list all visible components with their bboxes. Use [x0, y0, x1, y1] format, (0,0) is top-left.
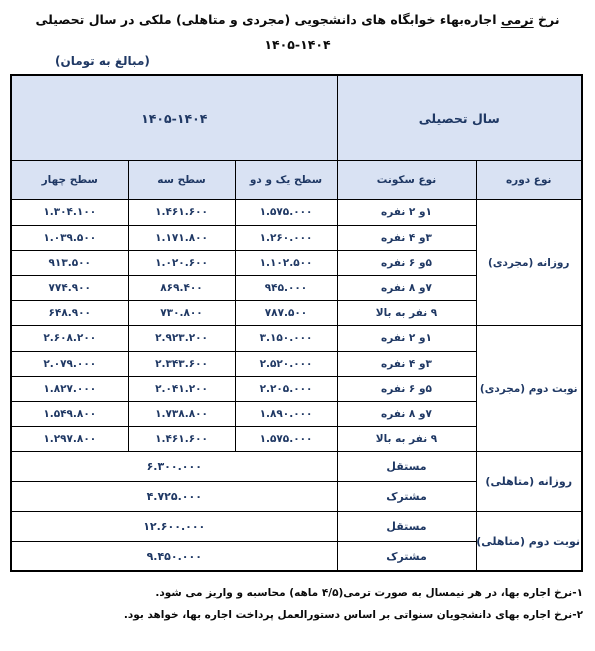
price-merged-cell: ۱۲.۶۰۰.۰۰۰: [11, 511, 337, 541]
residence-cell: مستقل: [337, 452, 476, 482]
price-level3-cell: ۷۳۰.۸۰۰: [128, 301, 235, 326]
residence-cell: ۵و ۶ نفره: [337, 376, 476, 401]
section-label-second-shift-married: نوبت دوم (متاهلی): [476, 511, 582, 571]
col-header-period-type: نوع دوره: [476, 161, 582, 200]
price-merged-cell: ۶.۳۰۰.۰۰۰: [11, 452, 337, 482]
residence-cell: ۱و ۲ نفره: [337, 326, 476, 351]
price-level4-cell: ۶۴۸.۹۰۰: [11, 301, 128, 326]
price-level12-cell: ۱.۵۷۵.۰۰۰: [235, 427, 337, 452]
price-level4-cell: ۱.۲۹۷.۸۰۰: [11, 427, 128, 452]
document-page: نرخ ترمی اجاره‌بهاء خوابگاه های دانشجویی…: [0, 0, 595, 651]
table-row: روزانه (متاهلی) مستقل ۶.۳۰۰.۰۰۰: [11, 452, 582, 482]
table-column-header-row: نوع دوره نوع سکونت سطح یک و دو سطح سه سط…: [11, 161, 582, 200]
academic-year-label-cell: سال تحصیلی: [337, 75, 582, 161]
residence-cell: ۹ نفر به بالا: [337, 427, 476, 452]
title-text-pre: نرخ: [534, 12, 560, 27]
residence-cell: مستقل: [337, 511, 476, 541]
price-level4-cell: ۷۷۴.۹۰۰: [11, 275, 128, 300]
price-level3-cell: ۱.۴۶۱.۶۰۰: [128, 200, 235, 225]
price-level4-cell: ۹۱۳.۵۰۰: [11, 250, 128, 275]
section-label-daily-single: روزانه (مجردی): [476, 200, 582, 326]
price-merged-cell: ۴.۷۲۵.۰۰۰: [11, 482, 337, 512]
footnotes: ۱-نرخ اجاره بها، در هر نیمسال به صورت تر…: [12, 582, 583, 626]
price-level4-cell: ۱.۳۰۴.۱۰۰: [11, 200, 128, 225]
amounts-unit-note: (مبالغ به تومان): [0, 54, 595, 68]
title-year: ۱۴۰۵-۱۴۰۴: [0, 37, 595, 52]
price-level12-cell: ۹۴۵.۰۰۰: [235, 275, 337, 300]
footnote-2: ۲-نرخ اجاره بهای دانشجویان سنواتی بر اسا…: [12, 604, 583, 626]
table-header-year-row: سال تحصیلی ۱۴۰۵-۱۴۰۴: [11, 75, 582, 161]
price-level12-cell: ۷۸۷.۵۰۰: [235, 301, 337, 326]
residence-cell: ۷و ۸ نفره: [337, 401, 476, 426]
price-level3-cell: ۲.۹۲۳.۲۰۰: [128, 326, 235, 351]
title-underlined-word: ترمی: [501, 12, 534, 27]
dorm-rent-rates-table: سال تحصیلی ۱۴۰۵-۱۴۰۴ نوع دوره نوع سکونت …: [10, 74, 583, 572]
price-level3-cell: ۱.۰۲۰.۶۰۰: [128, 250, 235, 275]
price-level12-cell: ۲.۵۲۰.۰۰۰: [235, 351, 337, 376]
table-row: نوبت دوم (متاهلی) مستقل ۱۲.۶۰۰.۰۰۰: [11, 511, 582, 541]
price-level4-cell: ۲.۰۷۹.۰۰۰: [11, 351, 128, 376]
residence-cell: ۳و ۴ نفره: [337, 351, 476, 376]
price-level12-cell: ۱.۱۰۲.۵۰۰: [235, 250, 337, 275]
price-level3-cell: ۱.۷۳۸.۸۰۰: [128, 401, 235, 426]
table-row: روزانه (مجردی) ۱و ۲ نفره ۱.۵۷۵.۰۰۰ ۱.۴۶۱…: [11, 200, 582, 225]
price-level4-cell: ۲.۶۰۸.۲۰۰: [11, 326, 128, 351]
col-header-level-1-2: سطح یک و دو: [235, 161, 337, 200]
footnote-1: ۱-نرخ اجاره بها، در هر نیمسال به صورت تر…: [12, 582, 583, 604]
price-level3-cell: ۲.۳۴۳.۶۰۰: [128, 351, 235, 376]
residence-cell: ۳و ۴ نفره: [337, 225, 476, 250]
price-level4-cell: ۱.۰۳۹.۵۰۰: [11, 225, 128, 250]
price-level3-cell: ۱.۱۷۱.۸۰۰: [128, 225, 235, 250]
residence-cell: ۹ نفر به بالا: [337, 301, 476, 326]
price-merged-cell: ۹.۴۵۰.۰۰۰: [11, 541, 337, 571]
price-level3-cell: ۲.۰۴۱.۲۰۰: [128, 376, 235, 401]
col-header-level-4: سطح چهار: [11, 161, 128, 200]
price-level4-cell: ۱.۸۲۷.۰۰۰: [11, 376, 128, 401]
residence-cell: مشترک: [337, 482, 476, 512]
residence-cell: ۵و ۶ نفره: [337, 250, 476, 275]
price-level12-cell: ۱.۵۷۵.۰۰۰: [235, 200, 337, 225]
price-level4-cell: ۱.۵۴۹.۸۰۰: [11, 401, 128, 426]
price-level3-cell: ۱.۴۶۱.۶۰۰: [128, 427, 235, 452]
residence-cell: ۷و ۸ نفره: [337, 275, 476, 300]
price-level3-cell: ۸۶۹.۴۰۰: [128, 275, 235, 300]
residence-cell: مشترک: [337, 541, 476, 571]
title-text-post: اجاره‌بهاء خوابگاه های دانشجویی (مجردی و…: [35, 12, 500, 27]
col-header-level-3: سطح سه: [128, 161, 235, 200]
price-level12-cell: ۳.۱۵۰.۰۰۰: [235, 326, 337, 351]
price-level12-cell: ۲.۲۰۵.۰۰۰: [235, 376, 337, 401]
col-header-residence-type: نوع سکونت: [337, 161, 476, 200]
table-row: نوبت دوم (مجردی) ۱و ۲ نفره ۳.۱۵۰.۰۰۰ ۲.۹…: [11, 326, 582, 351]
residence-cell: ۱و ۲ نفره: [337, 200, 476, 225]
price-level12-cell: ۱.۲۶۰.۰۰۰: [235, 225, 337, 250]
page-title: نرخ ترمی اجاره‌بهاء خوابگاه های دانشجویی…: [0, 0, 595, 29]
year-value-cell: ۱۴۰۵-۱۴۰۴: [11, 75, 337, 161]
price-level12-cell: ۱.۸۹۰.۰۰۰: [235, 401, 337, 426]
section-label-second-shift-single: نوبت دوم (مجردی): [476, 326, 582, 452]
section-label-daily-married: روزانه (متاهلی): [476, 452, 582, 512]
